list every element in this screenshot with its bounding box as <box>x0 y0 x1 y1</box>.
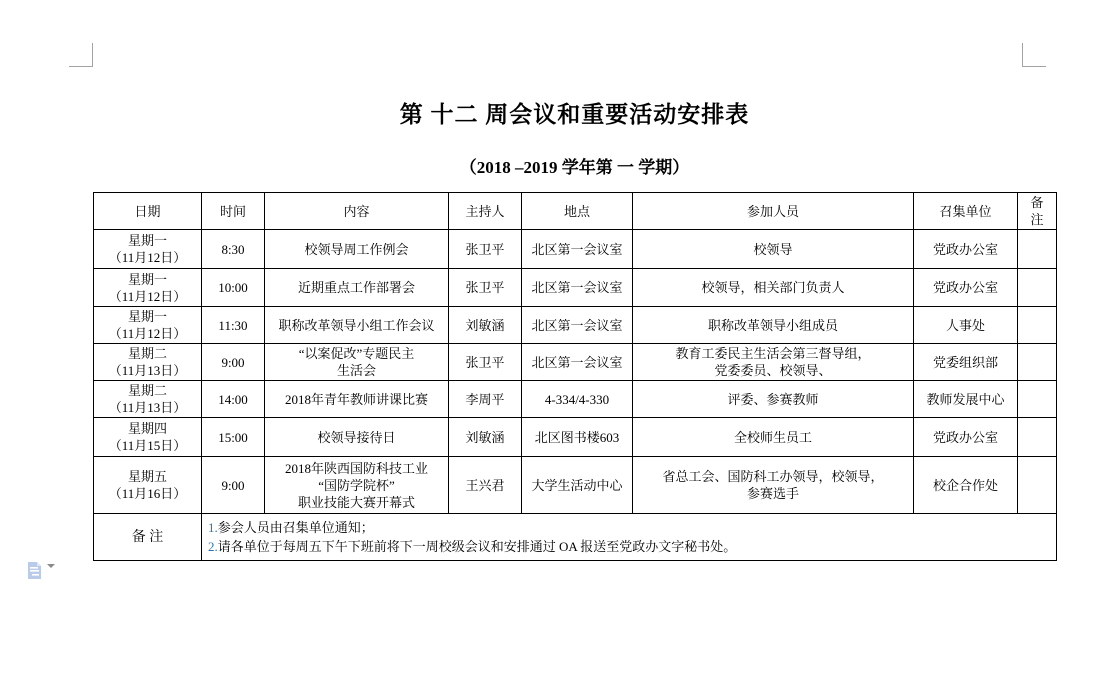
cell-content[interactable]: 近期重点工作部署会 <box>265 269 449 307</box>
cell-participants[interactable]: 省总工会、国防科工办领导，校领导，参赛选手 <box>633 457 914 514</box>
cell-participants[interactable]: 校领导，相关部门负责人 <box>633 269 914 307</box>
cell-time[interactable]: 8:30 <box>202 230 265 269</box>
cell-participants[interactable]: 教育工委民主生活会第三督导组，党委委员、校领导、 <box>633 344 914 381</box>
cell-unit[interactable]: 党政办公室 <box>914 230 1018 269</box>
cell-content[interactable]: 校领导周工作例会 <box>265 230 449 269</box>
table-row: 星期四（11月15日） 15:00 校领导接待日 刘敏涵 北区图书楼603 全校… <box>94 418 1057 457</box>
header-time[interactable]: 时间 <box>202 193 265 230</box>
cell-date[interactable]: 星期五（11月16日） <box>94 457 202 514</box>
note-line[interactable]: 1.参会人员由召集单位通知； <box>208 518 1054 537</box>
table-row: 星期一（11月12日） 8:30 校领导周工作例会 张卫平 北区第一会议室 校领… <box>94 230 1057 269</box>
cell-time[interactable]: 11:30 <box>202 307 265 344</box>
document-subtitle[interactable]: （2018 –2019 学年第 一 学期） <box>93 156 1056 180</box>
dropdown-arrow-icon[interactable] <box>47 568 56 575</box>
table-row: 星期二（11月13日） 14:00 2018年青年教师讲课比赛 李周平 4-33… <box>94 381 1057 418</box>
cell-location[interactable]: 北区图书楼603 <box>522 418 633 457</box>
cell-remark[interactable] <box>1018 381 1057 418</box>
cell-time[interactable]: 9:00 <box>202 457 265 514</box>
note-number: 1. <box>208 520 218 535</box>
cell-participants[interactable]: 校领导 <box>633 230 914 269</box>
cell-date[interactable]: 星期一（11月12日） <box>94 230 202 269</box>
margin-crop-mark-top-right <box>1022 43 1046 67</box>
cell-date[interactable]: 星期一（11月12日） <box>94 269 202 307</box>
cell-time[interactable]: 9:00 <box>202 344 265 381</box>
paste-options-button[interactable] <box>25 560 59 584</box>
schedule-table: 日期 时间 内容 主持人 地点 参加人员 召集单位 备注 星期一（11月12日）… <box>93 192 1057 561</box>
document-heading: 第 十二 周会议和重要活动安排表 （2018 –2019 学年第 一 学期） <box>93 98 1056 180</box>
margin-crop-mark-top-left <box>69 43 93 67</box>
cell-location[interactable]: 北区第一会议室 <box>522 307 633 344</box>
table-row: 星期一（11月12日） 10:00 近期重点工作部署会 张卫平 北区第一会议室 … <box>94 269 1057 307</box>
cell-unit[interactable]: 人事处 <box>914 307 1018 344</box>
header-remark[interactable]: 备注 <box>1018 193 1057 230</box>
header-host[interactable]: 主持人 <box>449 193 522 230</box>
cell-host[interactable]: 刘敏涵 <box>449 307 522 344</box>
cell-content[interactable]: “以案促改”专题民主生活会 <box>265 344 449 381</box>
cell-location[interactable]: 北区第一会议室 <box>522 344 633 381</box>
header-content[interactable]: 内容 <box>265 193 449 230</box>
document-title[interactable]: 第 十二 周会议和重要活动安排表 <box>93 98 1056 132</box>
cell-remark[interactable] <box>1018 307 1057 344</box>
cell-unit[interactable]: 党政办公室 <box>914 269 1018 307</box>
cell-content[interactable]: 校领导接待日 <box>265 418 449 457</box>
cell-date[interactable]: 星期一（11月12日） <box>94 307 202 344</box>
cell-unit[interactable]: 校企合作处 <box>914 457 1018 514</box>
cell-location[interactable]: 大学生活动中心 <box>522 457 633 514</box>
note-number: 2. <box>208 539 218 554</box>
note-text: 参会人员由召集单位通知； <box>218 520 374 535</box>
cell-host[interactable]: 刘敏涵 <box>449 418 522 457</box>
footer-notes[interactable]: 1.参会人员由召集单位通知； 2.请各单位于每周五下午下班前将下一周校级会议和安… <box>202 514 1057 561</box>
note-line[interactable]: 2.请各单位于每周五下午下班前将下一周校级会议和安排通过 OA 报送至党政办文字… <box>208 537 1054 556</box>
cell-host[interactable]: 张卫平 <box>449 269 522 307</box>
cell-participants[interactable]: 职称改革领导小组成员 <box>633 307 914 344</box>
cell-participants[interactable]: 全校师生员工 <box>633 418 914 457</box>
cell-time[interactable]: 15:00 <box>202 418 265 457</box>
header-unit[interactable]: 召集单位 <box>914 193 1018 230</box>
cell-host[interactable]: 王兴君 <box>449 457 522 514</box>
header-participants[interactable]: 参加人员 <box>633 193 914 230</box>
cell-unit[interactable]: 党政办公室 <box>914 418 1018 457</box>
cell-host[interactable]: 张卫平 <box>449 344 522 381</box>
cell-host[interactable]: 李周平 <box>449 381 522 418</box>
cell-remark[interactable] <box>1018 230 1057 269</box>
table-header-row: 日期 时间 内容 主持人 地点 参加人员 召集单位 备注 <box>94 193 1057 230</box>
cell-unit[interactable]: 党委组织部 <box>914 344 1018 381</box>
footer-remark-label[interactable]: 备 注 <box>94 514 202 561</box>
cell-location[interactable]: 北区第一会议室 <box>522 230 633 269</box>
note-text: 请各单位于每周五下午下班前将下一周校级会议和安排通过 OA 报送至党政办文字秘书… <box>218 539 737 554</box>
cell-location[interactable]: 4-334/4-330 <box>522 381 633 418</box>
cell-host[interactable]: 张卫平 <box>449 230 522 269</box>
cell-remark[interactable] <box>1018 344 1057 381</box>
cell-participants[interactable]: 评委、参赛教师 <box>633 381 914 418</box>
cell-content[interactable]: 职称改革领导小组工作会议 <box>265 307 449 344</box>
cell-remark[interactable] <box>1018 457 1057 514</box>
table-footer-row: 备 注 1.参会人员由召集单位通知； 2.请各单位于每周五下午下班前将下一周校级… <box>94 514 1057 561</box>
cell-date[interactable]: 星期四（11月15日） <box>94 418 202 457</box>
cell-time[interactable]: 10:00 <box>202 269 265 307</box>
header-location[interactable]: 地点 <box>522 193 633 230</box>
paste-options-document-icon <box>27 561 43 581</box>
cell-content[interactable]: 2018年陕西国防科技工业“国防学院杯”职业技能大赛开幕式 <box>265 457 449 514</box>
cell-time[interactable]: 14:00 <box>202 381 265 418</box>
cell-unit[interactable]: 教师发展中心 <box>914 381 1018 418</box>
cell-date[interactable]: 星期二（11月13日） <box>94 344 202 381</box>
cell-remark[interactable] <box>1018 418 1057 457</box>
cell-content[interactable]: 2018年青年教师讲课比赛 <box>265 381 449 418</box>
cell-remark[interactable] <box>1018 269 1057 307</box>
header-date[interactable]: 日期 <box>94 193 202 230</box>
table-row: 星期二（11月13日） 9:00 “以案促改”专题民主生活会 张卫平 北区第一会… <box>94 344 1057 381</box>
cell-location[interactable]: 北区第一会议室 <box>522 269 633 307</box>
table-row: 星期五（11月16日） 9:00 2018年陕西国防科技工业“国防学院杯”职业技… <box>94 457 1057 514</box>
cell-date[interactable]: 星期二（11月13日） <box>94 381 202 418</box>
word-document-page: { "colors": { "note_number_blue": "#2e74… <box>0 0 1115 695</box>
table-row: 星期一（11月12日） 11:30 职称改革领导小组工作会议 刘敏涵 北区第一会… <box>94 307 1057 344</box>
